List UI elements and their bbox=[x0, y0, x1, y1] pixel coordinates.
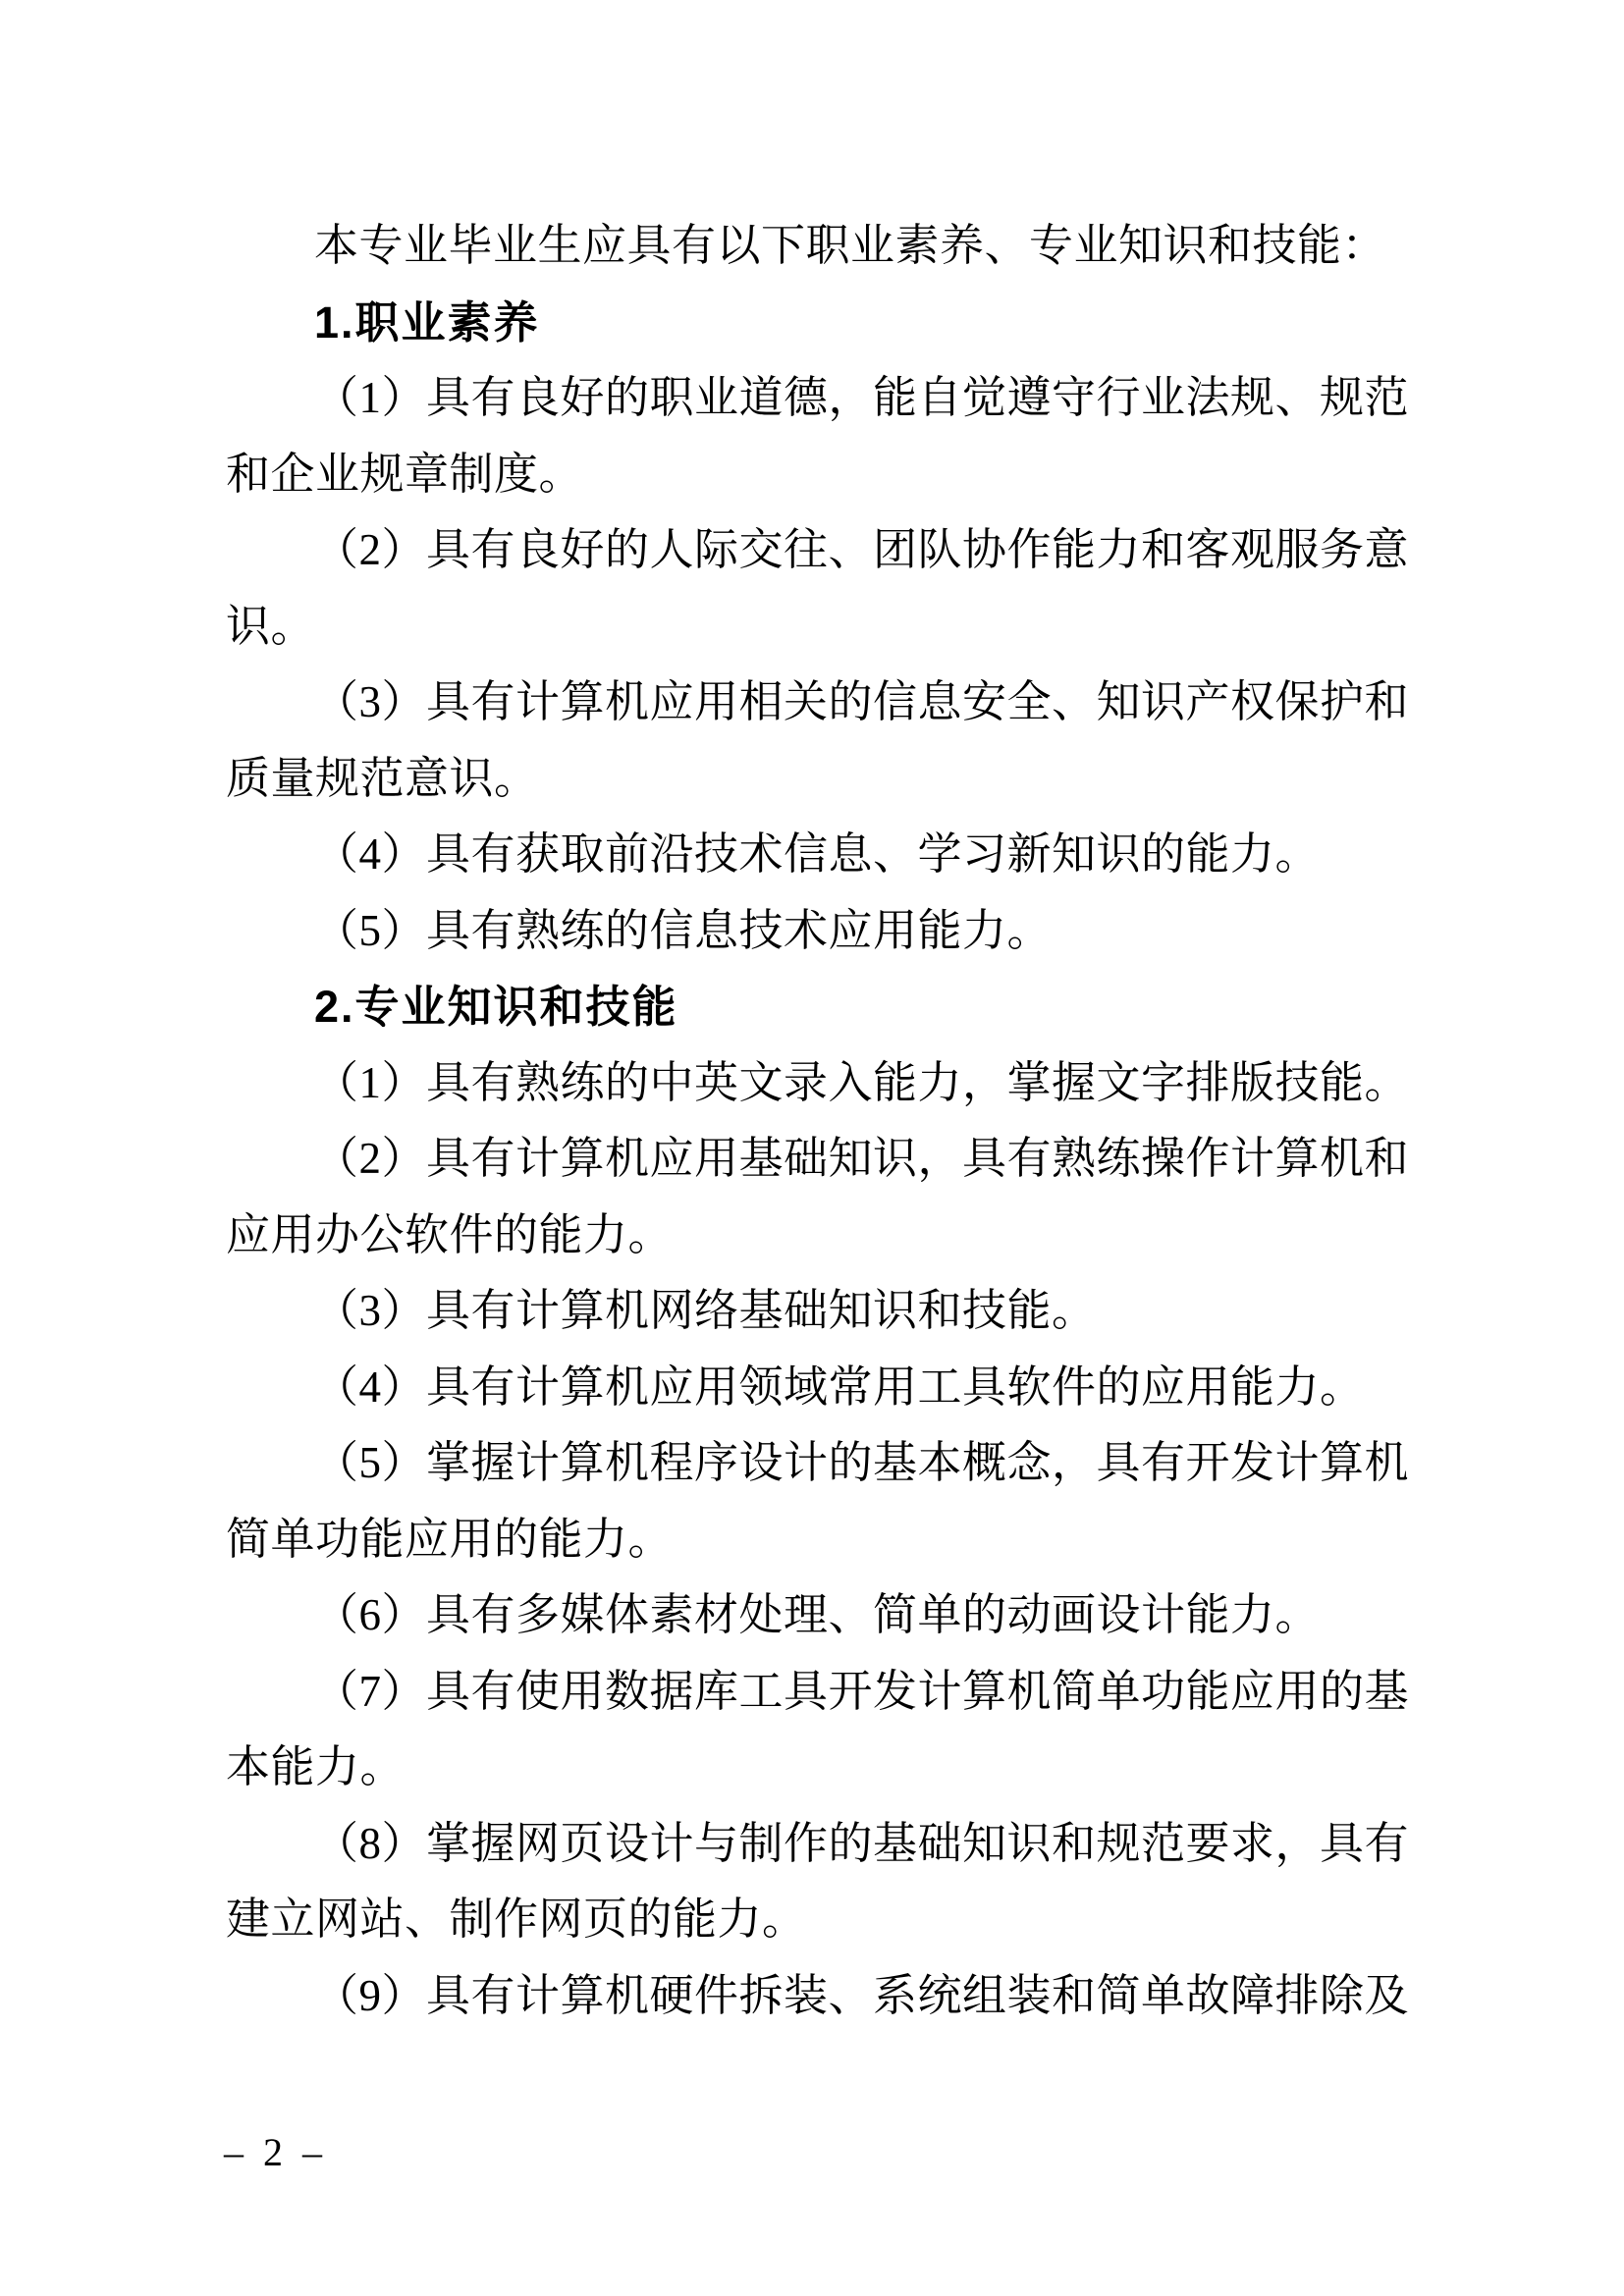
item-text-line: （7）具有使用数据库工具开发计算机简单功能应用的基 bbox=[226, 1654, 1402, 1731]
item-text-line: （8）掌握网页设计与制作的基础知识和规范要求，具有 bbox=[226, 1806, 1402, 1883]
page-number: – 2 – bbox=[224, 2128, 327, 2177]
item-continuation-line: 和企业规章制度。 bbox=[226, 437, 1402, 513]
intro-line: 本专业毕业生应具有以下职业素养、专业知识和技能： bbox=[226, 208, 1402, 285]
item-continuation-line: 建立网站、制作网页的能力。 bbox=[226, 1882, 1402, 1958]
item-text-line: （6）具有多媒体素材处理、简单的动画设计能力。 bbox=[226, 1577, 1402, 1654]
item-text-line: （3）具有计算机网络基础知识和技能。 bbox=[226, 1273, 1402, 1350]
item-text-line: （3）具有计算机应用相关的信息安全、知识产权保护和 bbox=[226, 665, 1402, 741]
item-text-line: （9）具有计算机硬件拆装、系统组装和简单故障排除及 bbox=[226, 1958, 1402, 2035]
section-1-heading: 1.职业素养 bbox=[226, 285, 1402, 361]
item-text-line: （1）具有良好的职业道德，能自觉遵守行业法规、规范 bbox=[226, 360, 1402, 437]
item-continuation-line: 简单功能应用的能力。 bbox=[226, 1502, 1402, 1578]
item-text-line: （1）具有熟练的中英文录入能力，掌握文字排版技能。 bbox=[226, 1045, 1402, 1122]
document-page: 本专业毕业生应具有以下职业素养、专业知识和技能： 1.职业素养 （1）具有良好的… bbox=[0, 0, 1624, 2296]
item-continuation-line: 质量规范意识。 bbox=[226, 741, 1402, 818]
item-text-line: （5）掌握计算机程序设计的基本概念，具有开发计算机 bbox=[226, 1425, 1402, 1502]
item-text-line: （4）具有计算机应用领域常用工具软件的应用能力。 bbox=[226, 1350, 1402, 1426]
item-text-line: （2）具有计算机应用基础知识，具有熟练操作计算机和 bbox=[226, 1121, 1402, 1198]
item-text-line: （4）具有获取前沿技术信息、学习新知识的能力。 bbox=[226, 817, 1402, 893]
section-2-heading: 2.专业知识和技能 bbox=[226, 969, 1402, 1045]
document-body: 本专业毕业生应具有以下职业素养、专业知识和技能： 1.职业素养 （1）具有良好的… bbox=[226, 208, 1402, 2034]
item-continuation-line: 本能力。 bbox=[226, 1730, 1402, 1806]
item-text-line: （5）具有熟练的信息技术应用能力。 bbox=[226, 893, 1402, 970]
item-continuation-line: 应用办公软件的能力。 bbox=[226, 1198, 1402, 1274]
item-continuation-line: 识。 bbox=[226, 589, 1402, 666]
item-text-line: （2）具有良好的人际交往、团队协作能力和客观服务意 bbox=[226, 512, 1402, 589]
